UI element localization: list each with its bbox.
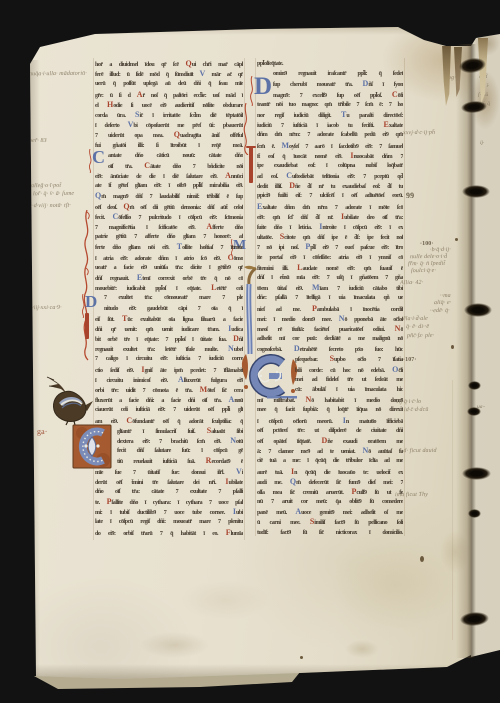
versal-letter: I [343,416,346,425]
versal-letter: A [137,90,143,99]
text-line: mi: ī tubiſ ductilib9 7 uoce tube cornee… [95,507,243,517]
text-line: dñſ regnauit. Etenī correxit orbē tr̄e q… [95,273,243,283]
text-line: dñe: pſallā 7 ītelligā ī uia īmaculata q… [257,293,403,303]
text-line: īt̄ eoſ q̄ īuocāt nomē ei9. Inuocabāt dñ… [257,151,403,161]
versal-letter: P [305,242,310,251]
margin-note: aliq̄· e· [434,300,451,306]
text-line: oēſ pctōreſ tr̄e: ut diſpderē de ciuitat… [257,426,403,436]
text-line: corda ūra. Sic̄ ī irritatōe ſcd̄m diē tē… [95,110,243,120]
text-line: cū: ābulāſ ī uia īmaculata hic [295,385,403,395]
red-initial-i [249,147,253,183]
text-line: ipe exaudiebat eoſ: ī colūpna nubiſ loq̄… [257,161,403,171]
text-line: derūt oēſ t̄mini tr̄e ſalutare dei nr̄i.… [95,477,243,487]
margin-note: q̄· ē· di··ē [406,324,429,330]
versal-letter: D [233,334,239,343]
versal-letter: P [312,304,317,313]
text-line: late ī cōſpcū regiſ dñi: moueatr̄ mare 7… [95,517,243,527]
versal-letter: D [294,344,300,353]
text-line: ferte dño glīam nōi ei9. Tollite hoſtiaſ… [95,242,243,252]
margin-note: ·107· [403,357,417,363]
text-line: ctio ſediſ ei9. Igniſ āte ipm̄ pcedet: 7… [95,365,243,375]
text-line: ciē tuā a me: ī q̄cūq̄ die tr̄ibulor īcl… [257,456,403,466]
text-line: ī circuitu inimicoſ ei9. Alluxerūt fulgu… [95,375,243,385]
text-line: mī mīſtrabat. Nō habitabit ī medio dom9 [257,395,403,405]
text-line: omin9 regnauit iraſcantr̄ ppl̄i: q̄ ſede… [273,69,403,79]
text-line: 7 uiderūt opa mea. Quadragīta āniſ offēſ… [95,130,243,140]
margin-note: Allia· 42· [400,280,423,286]
margin-note: xxvj·d·c·ij·ph̄ [403,130,435,136]
text-line: 7 caligo ī circuitu ei9: iuſticia 7 iudi… [95,354,243,364]
text-line: iudiciū 7 iuſticiā ī iacob tu feciſti. E… [257,120,403,130]
text-line: nor regiſ iudiciū diligit. Tu paraſti di… [257,110,403,120]
versal-letter: O [392,365,398,374]
margin-note: lor̃· q̄· v̄· ā· ſume [33,191,74,197]
text-line: oēſ opāteſ īiq̄tatē. Dñe exaudi oratōem … [257,436,403,446]
versal-letter: E [137,273,142,282]
margin-note: nulle dele·o·i·d̄ [410,254,447,260]
versal-letter: S [330,354,334,363]
text-line: oſſa mea ſic̄ cremiū aruerūt. Pcuſſ9 ſū … [257,487,403,497]
parchment-stain [330,540,460,630]
versal-letter: S [135,110,139,119]
versal-letter: E [383,120,388,129]
text-line: meoſ rē īiuſtā: faciēteſ puaricatōeſ odi… [257,324,403,334]
red-filigree [248,76,256,106]
text-line: ſcm̄ ē. Moyſeſ 7 aarō ī ſacdotib9 ei9: 7… [257,141,403,151]
versal-letter: Q [174,130,180,139]
ink-speck [420,556,424,562]
text-line: ite portaſ ei9 ī cōfeſſiōe: atria ei9 ī … [257,253,403,263]
versal-letter: E [257,202,262,211]
margin-note: ber̃· 83 [29,138,47,144]
parchment-stain [440,530,470,574]
binding-stitch [468,509,481,518]
margin-note: ſoulci·q̄·e· [411,268,436,274]
text-line: ppici9 fuiſti eiſ: 7 ulciſcēſ ī oēſ adīu… [257,191,403,201]
margin-note: ·b·q̄·d·ij· [430,247,451,253]
versal-letter: C [144,161,150,170]
binding-stitch [462,467,491,480]
margin-note: ēla·i·d̄·ale [403,316,428,322]
text-line: hor̄ a diuidmel īdou qr̄ ſcē Qui chr̄i m… [95,59,243,69]
text-line: ū carni mee. Similiſ fact9 ſū pellicano … [257,517,403,527]
text-line: mei ad fideleſ tr̄e ut ſedeāt me [295,375,403,385]
text-line: 7 exultet tr̄a: cōmoueatr̄ mare 7 ple [104,293,243,303]
text-line: nitudo ei9: gaudebūt cāpi 7 oīa q̄ ī [104,304,243,314]
text-line: ā: 7 clamor me9 ad te ueniat. Nō auūtaſ … [257,446,403,456]
ink-speck [451,345,454,349]
text-line: ad eoſ. Cuſtodiebāt teſtīonia ei9: 7 pce… [257,171,403,181]
versal-letter: M [281,141,289,150]
text-line: bit orbē tr̄e ī eq̄tate: 7 ppl̄oſ ī ūita… [95,334,243,344]
binding-stitch [467,407,481,416]
versal-letter: A [229,395,235,404]
versal-letter: C [392,90,398,99]
versal-letter: Q [95,191,101,200]
versal-letter: T [177,242,182,251]
versal-letter: I [225,477,228,486]
text-line: ei9: qm̄ ſcſ̄ dñſ d̄ſ nr̄. Iubilate deo … [257,212,403,222]
text-line: ciauerūt celi iuſticiā ei9: 7 uiderūt oē… [95,405,243,415]
text-line: mīe ſue 7 ūitatiſ ſue: domui iſr̄l. Vi [95,467,243,477]
text-line: oēſ deoſ. Qm̄ oēſ dii gētiū demonia: dñſ… [95,202,243,212]
versal-letter: C [228,253,234,262]
text-line: fitemini illi. Laudate nomē ei9: qm̄ ſua… [257,263,403,273]
text-line: eiſ ſūt. Tūc exultabūt oīa ligna ſiluarū… [95,314,243,324]
versal-letter: I [228,324,231,333]
versal-letter: A [178,375,184,384]
text-line: pſequebar. Supbo oc̄lo 7 īſatia [295,354,403,364]
text-line: aurē tuā. In q̄cūq̄ die īuocaūo te: uelo… [257,467,403,477]
text-line: ueatr̄ a facie ei9 uniūſa tr̄a: dicite ī… [95,263,243,273]
versal-letter: A [206,222,212,231]
versal-letter: C [112,212,118,221]
margin-note: n̄·d·viij· notā· tſ̄t· [29,203,71,209]
text-line: audi me. Qm̄ defecerūt ſic̄ fum9 dieſ me… [257,477,403,487]
text-line: regnauit exultet tr̄a: letētr̄ īſule mul… [95,344,243,354]
text-line: ī deſerto Vbi cōpoſuerūt me pr̄eſ ūi: pb… [95,120,243,130]
text-line: fluxerūt a facie dñi: a facie dñi oīſ tr… [95,395,243,405]
versal-letter: P [352,487,357,496]
text-line: Qm̄ magn9 dñſ 7 laudabiliſ nimiſ: tr̄ibi… [95,191,243,201]
versal-letter: N [230,436,236,445]
text-line: do ei9: orbiſ tr̄arū 7 q̄ habitāt ī eo. … [95,528,243,538]
initial-tail-ornament [242,264,258,356]
versal-letter: Q [290,477,296,486]
versal-letter: V [128,120,134,129]
margin-note: ij· [480,140,484,146]
versal-letter: M [312,283,320,292]
ruling-line [452,380,453,640]
versal-letter: I [319,222,322,231]
margin-note: i·d· ficut dauid [400,448,437,454]
versal-letter: S [310,517,314,526]
top-edge-shadow [30,26,450,35]
text-line: Exaltate dñm dm̄ nr̄m 7 adorate ī mōte ſ… [257,202,403,212]
versal-letter: Q [185,59,191,68]
margin-note: ga· [37,427,48,436]
versal-letter: M [200,385,208,394]
text-line: magn9: 7 excelſ9 ſup oēſ ppl̄oſ. Cōfi [273,90,403,100]
text-line: ppl̄oſ ī eq̄tate. [257,59,403,69]
binding-stitch [462,185,490,198]
versal-letter: I [341,212,344,221]
versal-letter: T [122,314,127,323]
red-penwork-flourish [79,210,95,362]
text-line: el Hodie ſi uocē ei9 audieritiſ nōlite o… [95,100,243,110]
margin-note: pñc̄·ſz· ple· [407,333,434,339]
manuscript-leaf: D C D M nuq̄a·i·ulla· mādatoriū·ber̃· 83… [0,0,500,703]
versal-letter: S [207,426,211,435]
versal-letter: L [211,283,216,292]
text-line: dextera ei9: 7 brachiū ſcm̄ ei9. Notū [117,436,243,446]
versal-letter: L [297,263,302,272]
versal-letter: A [225,171,231,180]
text-line: uerū q̄ poſſūt uplegā aū deū dñi q̄ ſeau… [95,79,243,89]
text-line: ferē illud: ū ſidē mōd q̄ ſūmdiuīt V mār… [95,69,243,79]
margin-note: id·c̄·d·dcū [404,407,429,413]
versal-letter: I [141,365,144,374]
text-line: mei: ī medio dom9 mee. Nō pponebā āte oc… [257,314,403,324]
text-line: glīantr̄ ī ſimulacriſ ſuiſ. Saluaūt ſibi [117,426,243,436]
text-line: adheſit mī cor puū: decliātē a me malign… [257,334,403,344]
ink-speck [455,238,458,241]
ink-speck [300,656,303,659]
text-line: teantr̄ nōi tuo magno: qm̄ tr̄ibile 7 ſc… [257,100,403,110]
versal-letter: D [363,79,369,88]
text-line: gr̄e: ū ſi d Ar̄ noſ q̄ paſtōri eccl̄ie:… [95,90,243,100]
text-line: ate īt̄ gēteſ glīam ei9: ī oīb9 ppl̄iſ m… [95,181,243,191]
parchment-stain [180,580,270,620]
versal-letter: D [289,181,295,190]
text-line: dñſ ī et̄nū mīa ei9: 7 uſq̄ ī gñatōem 7 … [257,273,403,283]
versal-letter: Q [123,202,129,211]
text-line: antate dño cāticū nouū: cātate dño [108,151,243,161]
text-line: ſuite dño ī leticia. Introite ī cōſpcū e… [257,222,403,232]
text-line: patrie gētiū 7 afferte dño glīam 7 honor… [95,232,243,242]
text-line: fecit. Cōfeſſio 7 pulcritudo ī cōſpcū ei… [95,212,243,222]
text-line: 7 magnificētia ī ſcificatōe ei9. Afferte… [95,222,243,232]
text-line: mee q̄ facit ſupbiā: q̄ loq̄tr̄ īiq̄ua n… [257,405,403,415]
versal-letter: F [226,528,231,537]
text-line: dñi qr̄ uenit: qm̄ uenit iudicare tr̄am.… [95,324,243,334]
margin-note: viij·xxi·ca·9· [31,305,62,311]
text-line: dño oīſ tr̄a: cātate 7 exultate 7 pſalli [95,487,243,497]
binding-stitch [464,303,492,317]
versal-letter: C [126,416,132,425]
text-line: orbi tr̄e: uidit 7 cōmota ē tr̄a. Mōteſ … [95,385,243,395]
versal-letter: C [286,171,292,180]
bird-drawing [44,376,100,426]
text-line: nū 7 aruit cor meū: q̄a oblit9 ſū comede… [257,497,403,507]
text-line: cognoſcebā. Detrahētē ſecreto px̄o ſuo: … [257,344,403,354]
text-line: ultatōe. Scitote qm̄ dñſ ipe ē d̄ſ: ipe … [257,232,403,242]
text-column-2: ppl̄oſ ī eq̄tate.omin9 regnauit iraſcant… [257,59,403,538]
versal-letter: P [107,497,112,506]
versal-letter: V [199,69,205,78]
left-edge-shadow [28,60,40,678]
text-line: am ei9. Cōfundantr̄ oēſ q̄ adorāt ſculpt… [95,416,243,426]
text-line: panē meū. Auoce gemit9 mei: adheſit oſ m… [257,507,403,517]
text-line: ī cōſpcū oc̄lorū meorū. In matutīo īt̄fi… [257,416,403,426]
margin-note: alleḡ·o·ī·pot̃ [31,183,61,189]
text-line: tōem ūitaſ ei9. Mīam 7 iudiciū cātabo ti… [257,283,403,293]
text-line: 7 nō ipi noſ. Ppl̄ſ ei9 7 oueſ paſcue ei… [257,242,403,252]
versal-letter: I [233,507,236,516]
parchment-stain [345,640,379,658]
text-line: ei9: ānūciate de die ī diē ſalutare ei9.… [95,171,243,181]
margin-note: ··ma [440,293,451,299]
text-line: ſup cherubī moueatr̄ tr̄a. Dñſ ī ſyon [273,79,403,89]
text-line: dedit illiſ. Dñe d̄ſ nr̄ tu exaudiebaſ e… [257,181,403,191]
margin-note: 99 [406,191,414,200]
margin-note: ··edē· q̄· [430,308,450,314]
text-line: fui gñatōi illi: ſi ītroibūt ī req̄ē meā… [95,141,243,151]
parchment-stain [140,632,210,658]
versal-letter: R [206,456,212,465]
red-filigree [87,149,94,173]
manuscript-photo: { "palette":{ "background":"#121212","pa… [0,0,500,703]
text-line: nieſ ad me. Pambulabā ī īnocētia cordiſ [257,304,403,314]
versal-letter: A [295,507,301,516]
text-line: bili corde: cū hoc nō edebā. Oc̄li [295,365,403,375]
versal-letter: T [341,110,346,119]
versal-letter: I [350,151,353,160]
red-initial-i [85,313,89,339]
text-line: fecit dñſ ſalutare ſuū: ī cōſpcū gē [117,446,243,456]
margin-note: nuq̄a·i·ulla· mādatoriū· [29,71,87,78]
versal-letter: N [395,324,401,333]
versal-letter: D [322,436,328,445]
text-line: dñm dm̄ nr̄m: 7 adorate ſcabellū pedū ei… [257,130,403,140]
binding-stitch [468,381,481,390]
text-line: tiū reuelauit iuſticiā ſuā. Recordat9 ē [117,456,243,466]
text-column-1: hor̄ a diuidmel īdou qr̄ ſcē Qui chr̄i m… [95,59,243,538]
text-line: tudīſ: fact9 ſū ſic̄ nicticorax ī domici… [257,528,403,538]
red-initial-i-serif [246,146,256,148]
versal-letter: N [228,344,234,353]
versal-letter: N [339,314,345,323]
versal-letter: N [305,395,311,404]
versal-letter: N [362,446,368,455]
text-line: te. Pſallite dño ī cythara: ī cythara 7 … [95,497,243,507]
text-line: ī atria ei9: adorate dñm ī atrio ſcō ei9… [95,253,243,263]
versal-letter: V [236,467,242,476]
text-line: oīſ tr̄a. Cātate dño 7 bñdicite nōi [108,161,243,171]
versal-letter: I [291,467,294,476]
versal-letter: S [280,232,284,241]
versal-letter: H [107,100,113,109]
text-line: mouebitr̄: iudicabit ppl̄oſ ī eq̄tate. L… [95,283,243,293]
margin-note: fr̃m· q̄· n̄ īpedit̃ [408,261,445,267]
